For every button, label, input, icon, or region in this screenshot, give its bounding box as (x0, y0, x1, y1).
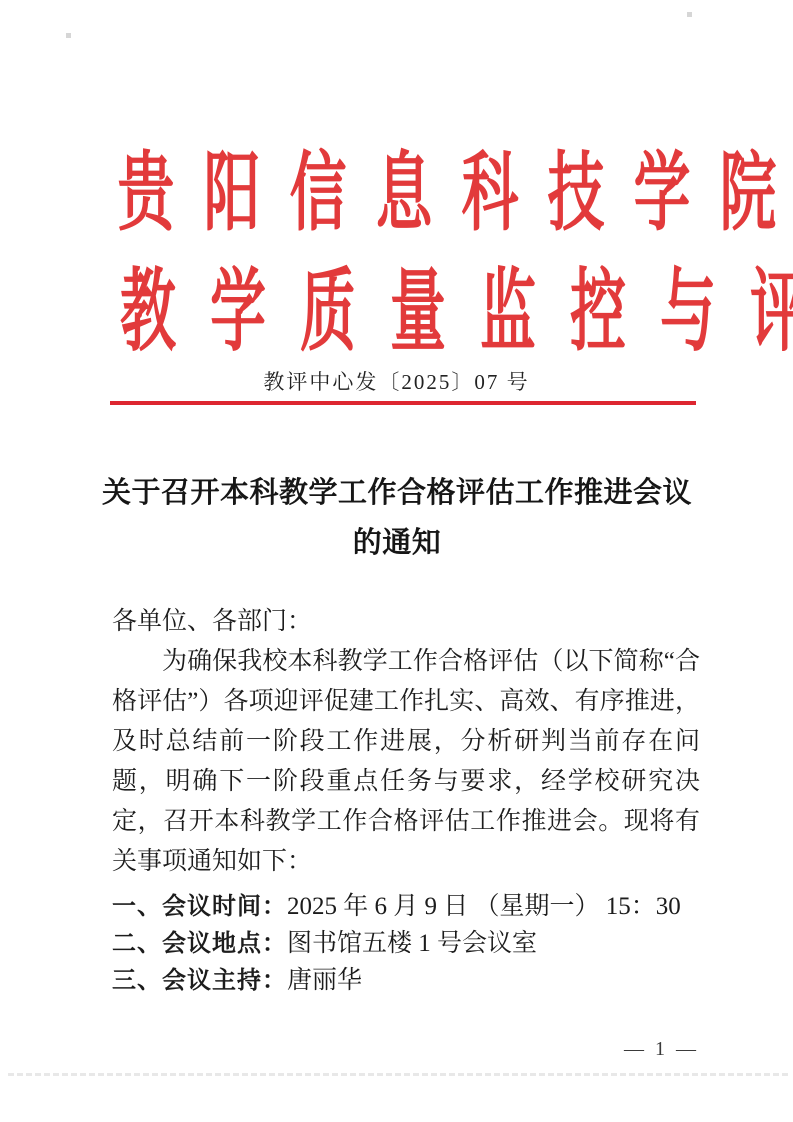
title-line-2: 的通知 (100, 518, 694, 568)
document-body: 各单位、各部门： 为确保我校本科教学工作合格评估（以下简称“合格评估”）各项迎评… (112, 602, 700, 999)
salutation: 各单位、各部门： (112, 602, 700, 642)
letterhead: 贵阳信息科技学院 教学质量监控与评估中心 (103, 150, 699, 368)
org-name-line-1: 贵阳信息科技学院 (103, 150, 699, 246)
title-line-1: 关于召开本科教学工作合格评估工作推进会议 (100, 468, 694, 518)
scan-noise-band (8, 1073, 788, 1076)
meeting-row-host: 三、会议主持：唐丽华 (112, 962, 700, 999)
scan-speck (687, 12, 692, 17)
red-divider-line (110, 401, 696, 405)
org-name-line-2: 教学质量监控与评估中心 (103, 268, 699, 368)
meeting-host-value: 唐丽华 (287, 967, 362, 994)
document-number: 教评中心发〔2025〕07 号 (0, 366, 793, 396)
meeting-details: 一、会议时间：2025 年 6 月 9 日 （星期一） 15：30 二、会议地点… (112, 888, 700, 999)
meeting-place-label: 二、会议地点： (112, 930, 287, 957)
body-paragraph: 为确保我校本科教学工作合格评估（以下简称“合格评估”）各项迎评促建工作扎实、高效… (112, 642, 700, 882)
meeting-row-time: 一、会议时间：2025 年 6 月 9 日 （星期一） 15：30 (112, 888, 700, 925)
meeting-place-value: 图书馆五楼 1 号会议室 (287, 930, 537, 957)
document-page: 贵阳信息科技学院 教学质量监控与评估中心 教评中心发〔2025〕07 号 关于召… (0, 0, 793, 1122)
meeting-time-value: 2025 年 6 月 9 日 （星期一） 15：30 (287, 893, 681, 920)
scan-speck (66, 33, 71, 38)
meeting-time-label: 一、会议时间： (112, 893, 287, 920)
document-title: 关于召开本科教学工作合格评估工作推进会议 的通知 (100, 468, 694, 568)
meeting-host-label: 三、会议主持： (112, 967, 287, 994)
page-number: — 1 — (624, 1038, 699, 1061)
meeting-row-place: 二、会议地点：图书馆五楼 1 号会议室 (112, 925, 700, 962)
